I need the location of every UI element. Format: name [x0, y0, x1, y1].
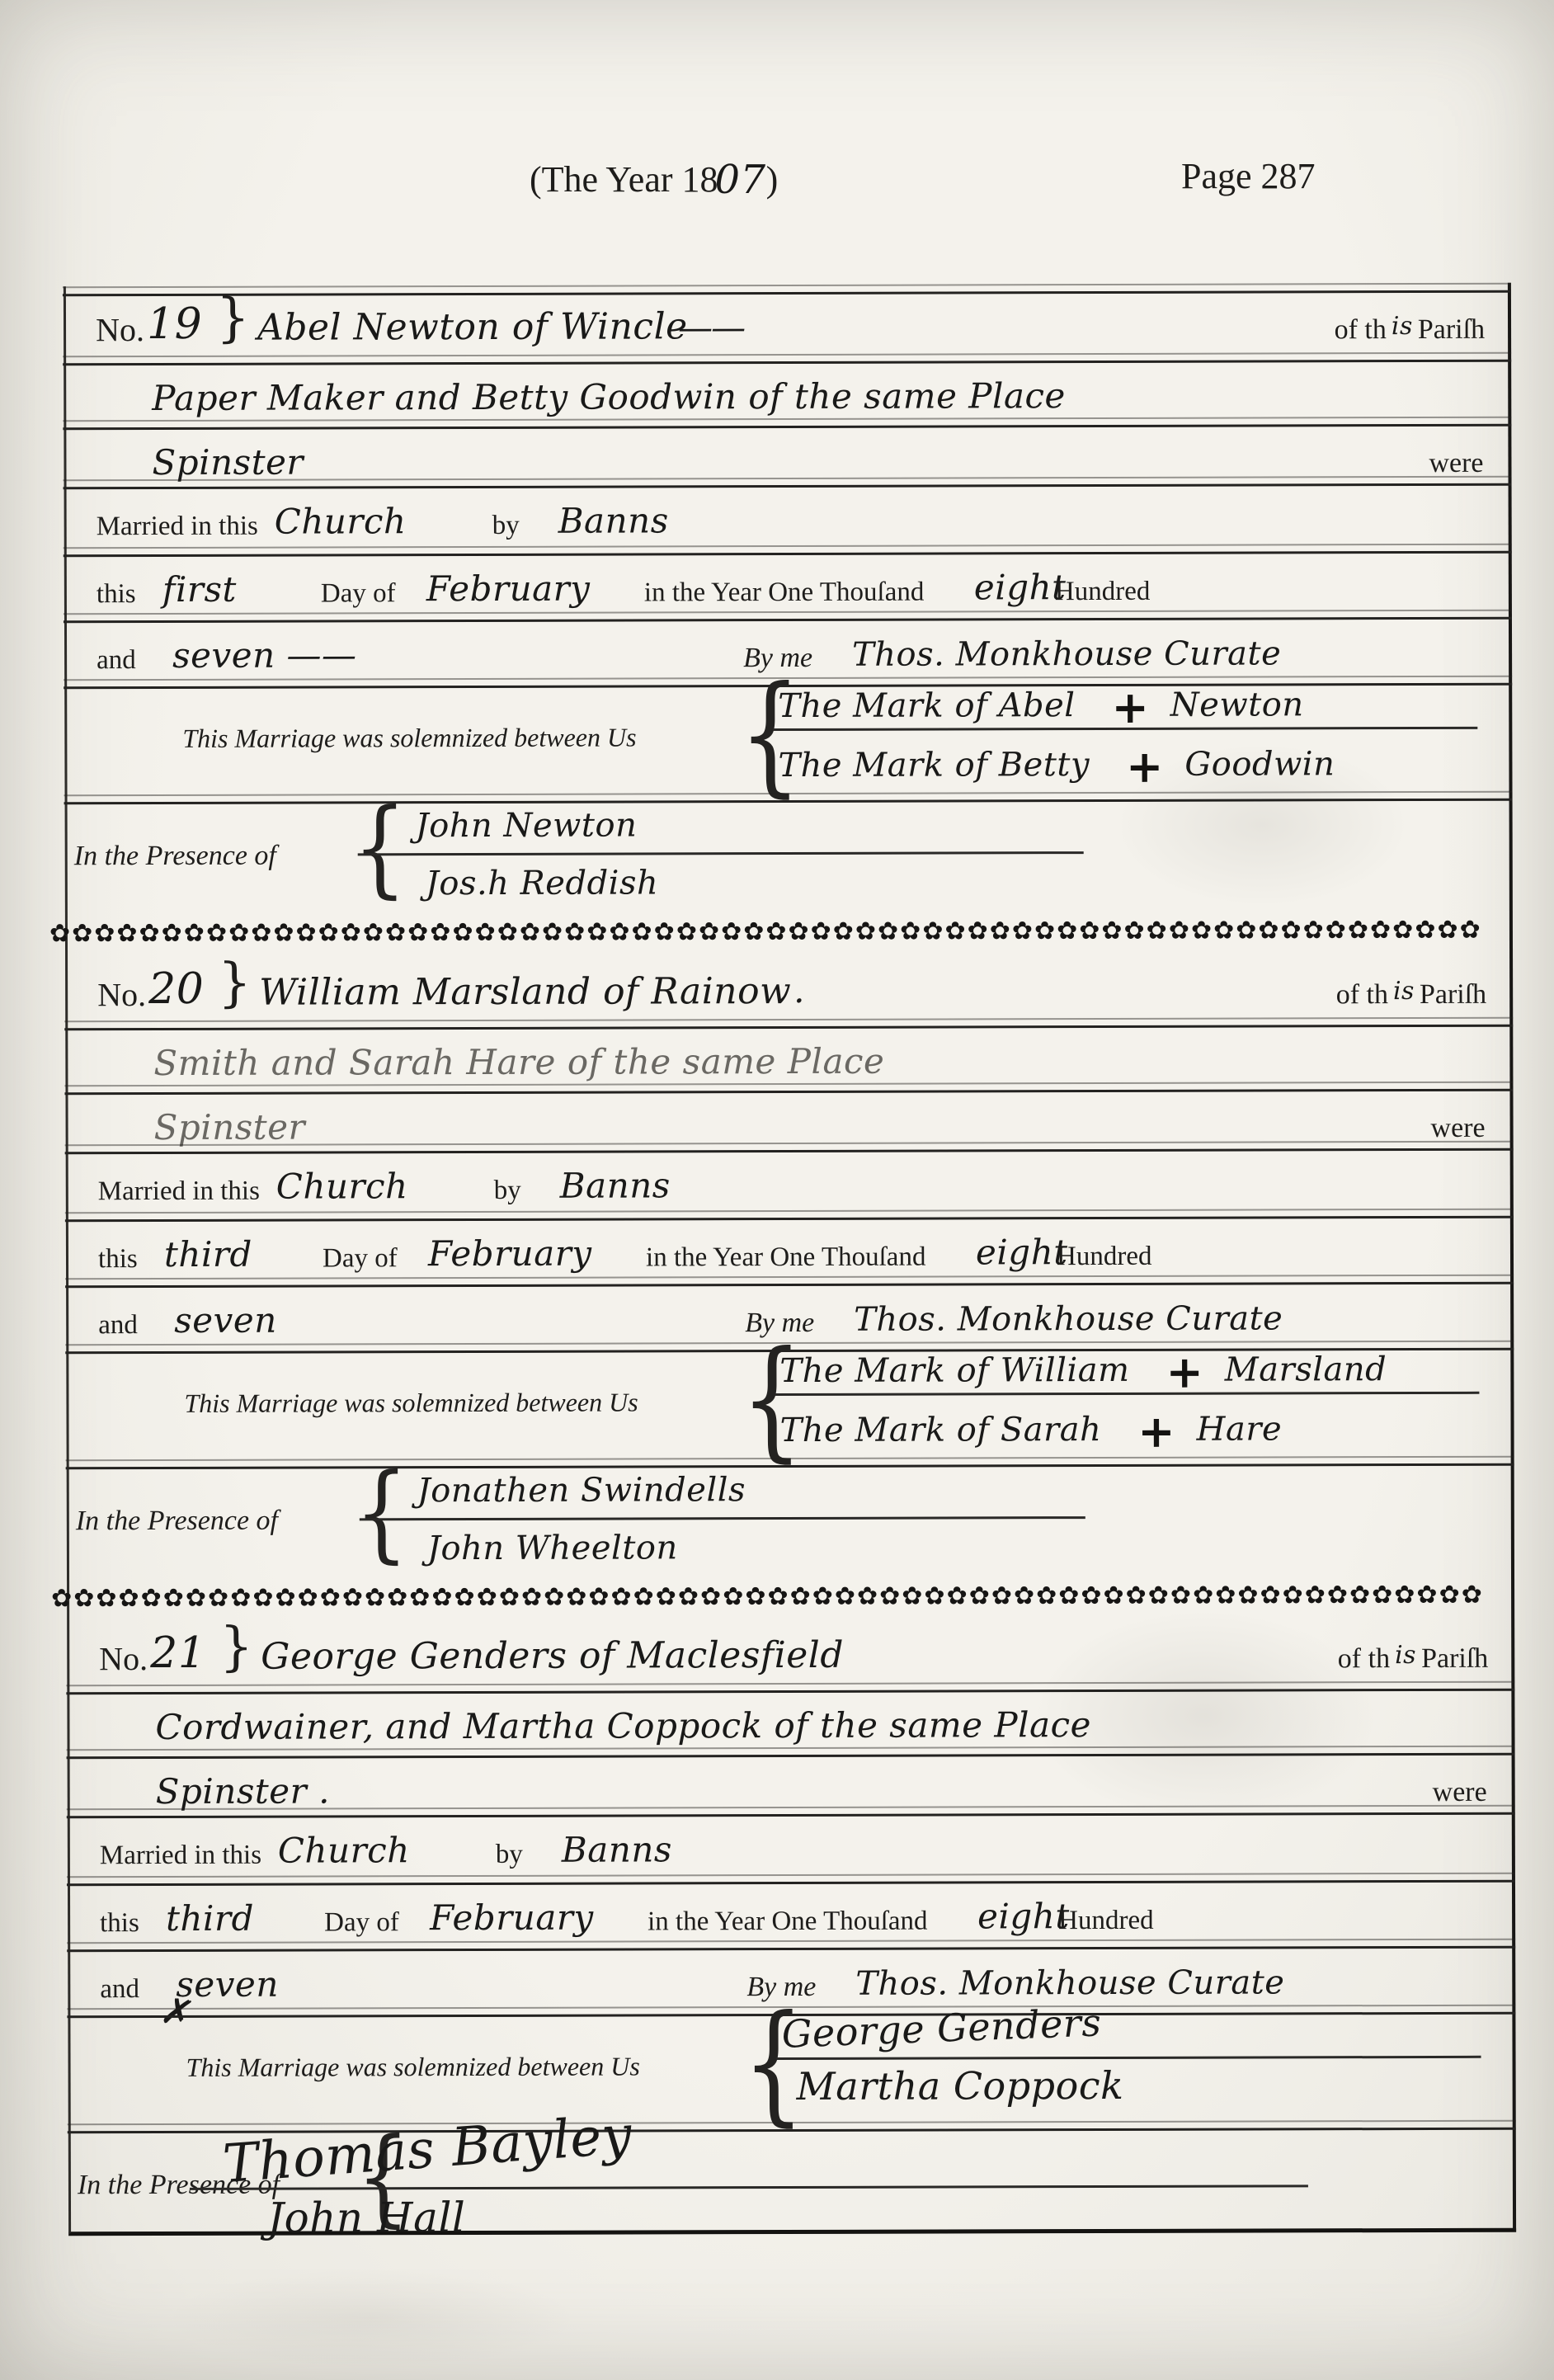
entry-brace: } [216, 288, 250, 349]
witness-2-signature: John Hall [267, 2194, 465, 2242]
presence-label: In the Presence of [76, 1506, 278, 1538]
no-label: No. [96, 310, 144, 349]
groom-cross-mark: + [1111, 681, 1148, 733]
day-of-label: Day of [324, 1907, 399, 1938]
bride-mark-post: Goodwin [1184, 745, 1335, 783]
solemnized-block: This Marriage was solemnized between Us … [67, 681, 1505, 799]
entry-married-line: Married in this Church by Banns [67, 484, 1505, 548]
presence-label: In the Presence of [74, 841, 276, 873]
witness-2-signature: John Wheelton [427, 1529, 678, 1567]
solemnized-label: This Marriage was solemnized between Us [182, 722, 636, 753]
bride-mark-pre: The Mark of Betty [778, 746, 1090, 785]
minister-signature: Thos. Monkhouse Curate [852, 634, 1281, 673]
entry-number: 20 [148, 964, 204, 1014]
marriage-register-table: No. 19 } Abel Newton of Wincle —— of thi… [64, 283, 1516, 2236]
day-of-label: Day of [323, 1243, 398, 1274]
hundred-label: Hundred [1058, 1906, 1154, 1936]
day-field: third [164, 1234, 252, 1275]
church-field: Church [275, 501, 407, 541]
marriage-entry-19: No. 19 } Abel Newton of Wincle —— of thi… [66, 286, 1509, 927]
church-field: Church [276, 1166, 408, 1206]
entry-occupation-line: Smith and Sarah Hare of the same Place [68, 1025, 1506, 1089]
by-label: by [492, 511, 520, 541]
register-page-scan: (The Year 1807) Page 287 ✗ No. 19 } Abel… [0, 0, 1554, 2380]
bride-signature-line: The Mark of Sarah + Hare [779, 1398, 1481, 1452]
entry-married-line: Married in this Church by Banns [68, 1149, 1507, 1213]
groom-mark-pre: The Mark of Abel [778, 686, 1075, 725]
eight-field: eight [974, 567, 1067, 607]
paper-smudge [165, 2269, 577, 2368]
entry-occupation-line: Cordwainer, and Martha Coppock of the sa… [69, 1690, 1508, 1753]
occupation-and-bride-field: Paper Maker and Betty Goodwin of the sam… [152, 375, 1066, 418]
were-label: were [1433, 1777, 1487, 1808]
groom-mark-post: Marsland [1225, 1350, 1387, 1389]
solemnized-block: This Marriage was solemnized between Us … [68, 1346, 1507, 1463]
groom-mark-pre: The Mark of William [779, 1351, 1129, 1390]
this-label: this [100, 1908, 139, 1939]
no-label: No. [99, 1639, 148, 1678]
parish-label: Pariſh [1418, 314, 1485, 345]
is-handwritten: is [1395, 1641, 1416, 1670]
condition-field: Spinster [152, 442, 304, 483]
minister-signature: Thos. Monkhouse Curate [854, 1299, 1283, 1338]
hundred-label: Hundred [1055, 577, 1151, 607]
of-this-parish-label: of thisPariſh [1336, 979, 1487, 1011]
entry-date-line: this first Day of February in the Year O… [67, 552, 1505, 615]
in-the-year-label: in the Year One Thouſand [646, 1242, 926, 1274]
married-in-this-label: Married in this [98, 1176, 260, 1208]
entry-brace: } [219, 1617, 253, 1678]
no-label: No. [97, 975, 146, 1014]
witnesses-block: In the Presence of { Jonathen Swindells … [69, 1461, 1508, 1592]
year-end-field: seven [174, 1300, 277, 1341]
of-th-label: of th [1335, 314, 1387, 345]
bride-signature: Martha Coppock [797, 2063, 1124, 2109]
header-year-handwritten: 07 [715, 157, 766, 203]
eight-field: eight [977, 1896, 1070, 1936]
banns-field: Banns [558, 500, 669, 540]
is-handwritten: is [1392, 312, 1413, 341]
flourish-dash: —— [678, 307, 744, 347]
month-field: February [426, 568, 591, 610]
entry-date-line: this third Day of February in the Year O… [70, 1881, 1509, 1944]
month-field: February [430, 1897, 594, 1939]
and-label: and [98, 1310, 138, 1341]
year-end-field: seven [176, 1964, 279, 2005]
in-the-year-label: in the Year One Thouſand [647, 1906, 928, 1938]
by-label: by [494, 1176, 521, 1206]
this-label: this [97, 579, 136, 610]
bride-signature-line: The Mark of Betty + Goodwin [778, 733, 1479, 787]
witness-underline [358, 851, 1084, 855]
groom-name-field: William Marsland of Rainow [259, 970, 791, 1014]
solemnized-label: This Marriage was solemnized between Us [186, 2051, 640, 2082]
bride-mark-pre: The Mark of Sarah [779, 1411, 1101, 1449]
bride-cross-mark: + [1126, 741, 1163, 793]
entry-date-line: this third Day of February in the Year O… [68, 1217, 1507, 1280]
year-end-field: seven —— [172, 634, 357, 676]
hundred-label: Hundred [1057, 1242, 1152, 1272]
entry-number: 21 [150, 1628, 205, 1678]
parish-label: Pariſh [1421, 1643, 1488, 1674]
church-field: Church [278, 1830, 410, 1870]
is-handwritten: is [1393, 977, 1415, 1006]
day-field: third [166, 1898, 254, 1939]
header-year-suffix: ) [766, 159, 779, 200]
day-field: first [162, 569, 237, 610]
groom-name-field: George Genders of Maclesfield [261, 1634, 844, 1678]
witnesses-block: In the Presence of { John Newton Jos.h R… [68, 796, 1506, 927]
bride-signature-line: Martha Coppock [797, 2062, 1498, 2109]
signature-underline [777, 2056, 1481, 2060]
entry-occupation-line: Paper Maker and Betty Goodwin of the sam… [66, 361, 1505, 424]
page-number: Page 287 [1181, 155, 1316, 197]
ornament-band: ✿✿✿✿✿✿✿✿✿✿✿✿✿✿✿✿✿✿✿✿✿✿✿✿✿✿✿✿✿✿✿✿✿✿✿✿✿✿✿✿… [51, 1578, 1529, 1619]
witness-1-signature: John Newton [416, 806, 638, 845]
flourish-dash: . [793, 970, 803, 1011]
entry-number: 19 [147, 299, 202, 349]
married-in-this-label: Married in this [97, 511, 258, 543]
of-th-label: of th [1338, 1643, 1390, 1674]
banns-field: Banns [562, 1829, 672, 1869]
by-label: by [496, 1840, 523, 1870]
occupation-and-bride-field: Cordwainer, and Martha Coppock of the sa… [155, 1704, 1091, 1747]
and-label: and [97, 645, 136, 676]
of-this-parish-label: of thisPariſh [1338, 1643, 1489, 1675]
this-label: this [98, 1244, 138, 1275]
header-year: (The Year 1807) [530, 155, 778, 201]
banns-field: Banns [560, 1165, 671, 1205]
groom-cross-mark: + [1165, 1346, 1203, 1398]
marriage-entry-21: No. 21 } George Genders of Maclesfield o… [69, 1615, 1513, 2256]
witnesses-block: In the Presence of { Thomas Bayley John … [71, 2125, 1509, 2256]
witness-underline [360, 1516, 1085, 1520]
occupation-and-bride-field: Smith and Sarah Hare of the same Place [153, 1041, 884, 1083]
ornament-band: ✿✿✿✿✿✿✿✿✿✿✿✿✿✿✿✿✿✿✿✿✿✿✿✿✿✿✿✿✿✿✿✿✿✿✿✿✿✿✿✿… [49, 913, 1528, 954]
page-number-value: 287 [1261, 156, 1316, 196]
bride-cross-mark: + [1137, 1406, 1175, 1458]
and-label: and [100, 1974, 139, 2005]
were-label: were [1429, 448, 1483, 479]
groom-signature-line: The Mark of Abel + Newton [778, 674, 1479, 728]
solemnized-block: This Marriage was solemnized between Us … [70, 2010, 1509, 2128]
bride-mark-post: Hare [1197, 1410, 1283, 1448]
entry-name-line: No. 19 } Abel Newton of Wincle —— of thi… [66, 291, 1505, 355]
header-year-prefix: (The Year 18 [530, 159, 718, 200]
condition-field: Spinster . [156, 1770, 330, 1812]
witness-2-signature: Jos.h Reddish [426, 864, 659, 903]
presence-brace: { [353, 795, 407, 901]
marriage-entry-20: No. 20 } William Marsland of Rainow . of… [68, 951, 1511, 1592]
groom-signature-line: The Mark of William + Marsland [779, 1339, 1481, 1393]
groom-name-field: Abel Newton of Wincle [257, 305, 688, 348]
groom-mark-post: Newton [1170, 686, 1304, 723]
married-in-this-label: Married in this [100, 1840, 261, 1872]
page-header: (The Year 1807) Page 287 [0, 155, 1554, 213]
condition-field: Spinster [154, 1107, 306, 1148]
day-of-label: Day of [321, 578, 396, 609]
entry-name-line: No. 21 } George Genders of Maclesfield o… [69, 1620, 1508, 1684]
entry-name-line: No. 20 } William Marsland of Rainow . of… [68, 956, 1506, 1020]
month-field: February [428, 1233, 592, 1275]
parish-label: Pariſh [1420, 979, 1486, 1010]
page-word: Page [1181, 156, 1252, 196]
of-th-label: of th [1336, 979, 1388, 1010]
were-label: were [1430, 1113, 1485, 1144]
in-the-year-label: in the Year One Thouſand [644, 577, 925, 609]
entry-married-line: Married in this Church by Banns [70, 1813, 1509, 1877]
witness-1-signature: Jonathen Swindells [417, 1471, 746, 1510]
eight-field: eight [976, 1232, 1068, 1272]
entry-brace: } [218, 953, 252, 1014]
solemnized-label: This Marriage was solemnized between Us [184, 1387, 638, 1418]
presence-brace: { [355, 1460, 408, 1566]
of-this-parish-label: of thisPariſh [1335, 314, 1486, 346]
